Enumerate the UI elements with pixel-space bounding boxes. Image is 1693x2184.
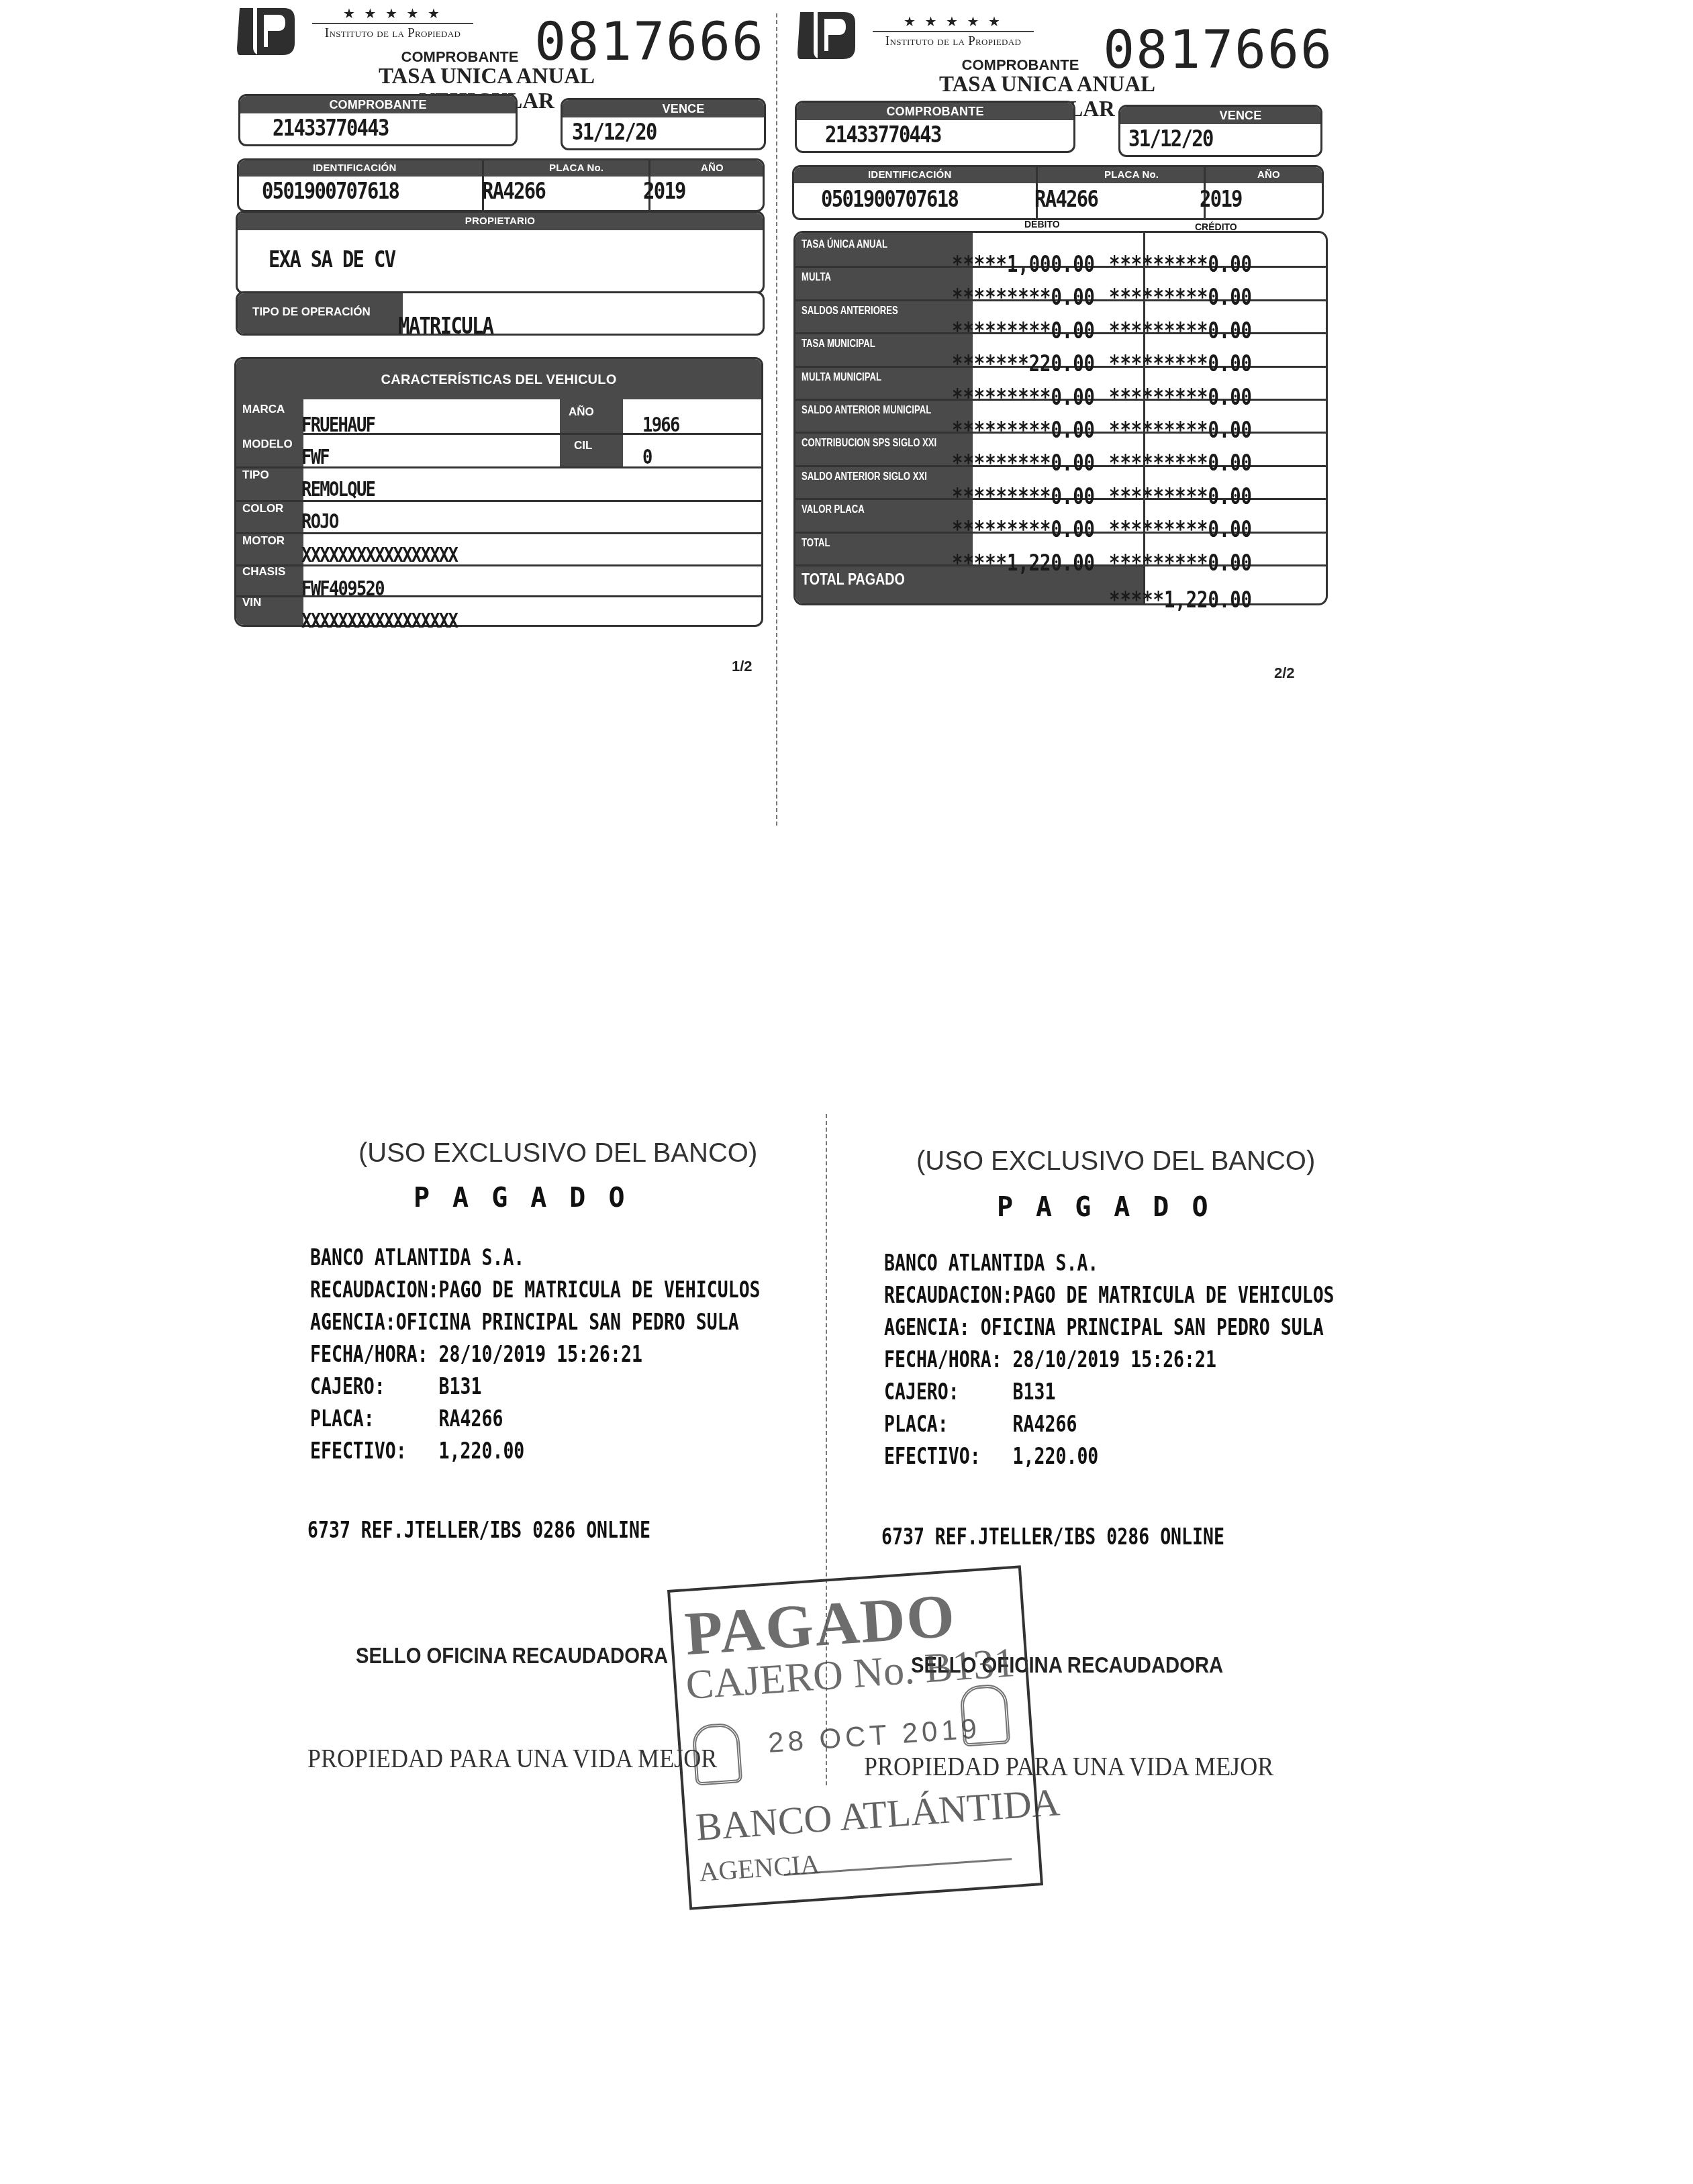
paid-status: PAGADO	[997, 1192, 1231, 1223]
brand-block: ★ ★ ★ ★ ★ Instituto de la Propiedad	[873, 15, 1034, 49]
tipo-operacion-box: TIPO DE OPERACIÓN	[236, 291, 765, 336]
bank-line: RECAUDACION:PAGO DE MATRICULA DE VEHICUL…	[310, 1274, 761, 1306]
paid-status: PAGADO	[414, 1183, 648, 1213]
modelo-label: MODELO	[242, 438, 293, 451]
bank-line: FECHA/HORA: 28/10/2019 15:26:21	[310, 1338, 761, 1371]
bank-line: FECHA/HORA: 28/10/2019 15:26:21	[884, 1344, 1335, 1376]
placa-value: RA4266	[1034, 186, 1098, 213]
sello-label: SELLO OFICINA RECAUDADORA	[356, 1643, 668, 1669]
vence-box: VENCE 31/12/20	[561, 98, 766, 150]
vin-value: XXXXXXXXXXXXXXXXX	[301, 609, 457, 633]
charge-label: CONTRIBUCION SPS SIGLO XXI	[802, 438, 936, 450]
total-pagado-value: *****1,220.00	[1109, 587, 1252, 613]
vin-label: VIN	[242, 596, 261, 609]
bank-line: AGENCIA: OFICINA PRINCIPAL SAN PEDRO SUL…	[884, 1311, 1335, 1344]
bank-reference: 6737 REF.JTELLER/IBS 0286 ONLINE	[307, 1514, 650, 1546]
receipt-charges: ★ ★ ★ ★ ★ Instituto de la Propiedad 0817…	[792, 0, 1329, 685]
charge-credito: *********0.00	[1109, 317, 1252, 344]
charge-credito: *********0.00	[1109, 350, 1252, 377]
marca-value: FRUEHAUF	[301, 413, 375, 437]
page-number: 1/2	[732, 658, 753, 675]
charge-debito: *********0.00	[952, 516, 1095, 543]
bank-line: PLACA: RA4266	[884, 1408, 1335, 1440]
charge-debito: *******220.00	[952, 350, 1095, 377]
placa-value: RA4266	[482, 178, 545, 205]
identification-box: IDENTIFICACIÓN PLACA No. AÑO 05019007076…	[237, 158, 765, 212]
bank-logo-icon	[691, 1722, 742, 1786]
placa-label: PLACA No.	[1104, 167, 1159, 183]
propietario-label: PROPIETARIO	[238, 213, 763, 230]
anio-label: AÑO	[1257, 167, 1280, 183]
propietario-box: PROPIETARIO EXA SA DE CV	[236, 211, 765, 294]
charge-debito: *********0.00	[952, 384, 1095, 411]
bank-line: EFECTIVO: 1,220.00	[884, 1440, 1335, 1473]
bank-line: CAJERO: B131	[310, 1371, 761, 1403]
vence-label: VENCE	[1120, 107, 1320, 124]
tipo-label: TIPO	[242, 468, 269, 482]
comprobante-value: 21433770443	[825, 121, 1036, 148]
bank-line: BANCO ATLANTIDA S.A.	[310, 1242, 761, 1274]
charge-credito: *********0.00	[1109, 550, 1252, 577]
charge-label: TASA ÚNICA ANUAL	[802, 239, 887, 251]
vence-value: 31/12/20	[572, 119, 735, 146]
charge-debito: *********0.00	[952, 450, 1095, 477]
charge-credito: *********0.00	[1109, 483, 1252, 510]
modelo-value: FWF	[301, 446, 329, 469]
paid-stamp: PAGADO CAJERO No. B131 28 OCT 2019 BANCO…	[667, 1565, 1043, 1910]
color-value: ROJO	[301, 510, 338, 534]
tipo-value: REMOLQUE	[301, 478, 375, 501]
brand-name: Instituto de la Propiedad	[873, 34, 1034, 49]
brand-name: Instituto de la Propiedad	[312, 26, 473, 41]
charge-label: VALOR PLACA	[802, 504, 865, 516]
charge-debito: *********0.00	[952, 417, 1095, 444]
brand-block: ★ ★ ★ ★ ★ Instituto de la Propiedad	[312, 7, 473, 41]
chasis-value: FWF409520	[301, 577, 384, 601]
anio-vehiculo-label: AÑO	[569, 405, 594, 419]
anio-label: AÑO	[701, 160, 724, 177]
charge-credito: *********0.00	[1109, 384, 1252, 411]
fold-divider-top	[776, 13, 777, 826]
stamp-bank: BANCO ATLÁNTIDA	[694, 1779, 1061, 1850]
vence-value: 31/12/20	[1128, 126, 1292, 152]
bank-logo-icon	[959, 1683, 1010, 1747]
charge-label: MULTA MUNICIPAL	[802, 372, 881, 384]
caption-comprobante: COMPROBANTE	[393, 48, 527, 66]
chasis-label: CHASIS	[242, 565, 285, 579]
charge-credito: *********0.00	[1109, 417, 1252, 444]
bank-header: (USO EXCLUSIVO DEL BANCO)	[358, 1138, 757, 1169]
total-pagado-label: TOTAL PAGADO	[802, 570, 905, 589]
comprobante-label: COMPROBANTE	[797, 103, 1073, 120]
cil-label: CIL	[574, 439, 592, 452]
charge-label: TASA MUNICIPAL	[802, 338, 875, 350]
charge-debito: *********0.00	[952, 483, 1095, 510]
vence-box: VENCE 31/12/20	[1118, 105, 1322, 157]
charge-label: MULTA	[802, 272, 831, 284]
anio-vehiculo-value: 1966	[642, 413, 679, 437]
debito-header: DÉBITO	[1024, 219, 1060, 230]
tipo-operacion-value: MATRICULA	[398, 313, 493, 340]
color-label: COLOR	[242, 502, 283, 515]
bank-line: AGENCIA:OFICINA PRINCIPAL SAN PEDRO SULA	[310, 1306, 761, 1338]
charge-credito: *********0.00	[1109, 516, 1252, 543]
charge-label: SALDOS ANTERIORES	[802, 305, 898, 317]
identificacion-value: 0501900707618	[262, 178, 399, 205]
slogan: PROPIEDAD PARA UNA VIDA MEJOR	[307, 1742, 717, 1774]
bank-line: RECAUDACION:PAGO DE MATRICULA DE VEHICUL…	[884, 1279, 1335, 1311]
receipt-vehicle-info: ★ ★ ★ ★ ★ Instituto de la Propiedad 0817…	[232, 0, 769, 685]
stars-icon: ★ ★ ★ ★ ★	[873, 15, 1034, 30]
comprobante-label: COMPROBANTE	[240, 96, 516, 113]
stars-icon: ★ ★ ★ ★ ★	[312, 7, 473, 21]
propietario-value: EXA SA DE CV	[269, 246, 689, 273]
comprobante-box: COMPROBANTE 21433770443	[238, 94, 518, 146]
identificacion-value: 0501900707618	[821, 186, 958, 213]
vence-label: VENCE	[563, 100, 764, 117]
stamp-agencia: AGENCIA	[698, 1848, 821, 1887]
charge-debito: *****1,000.00	[952, 251, 1095, 278]
identification-box: IDENTIFICACIÓN PLACA No. AÑO 05019007076…	[792, 165, 1324, 220]
cil-value: 0	[642, 446, 652, 469]
tipo-operacion-label: TIPO DE OPERACIÓN	[252, 305, 371, 319]
motor-label: MOTOR	[242, 534, 285, 548]
placa-label: PLACA No.	[549, 160, 603, 177]
charge-debito: *********0.00	[952, 317, 1095, 344]
charge-label: TOTAL	[802, 538, 830, 550]
anio-value: 2019	[1200, 186, 1242, 213]
serial-number: 0817666	[1103, 20, 1333, 81]
marca-label: MARCA	[242, 403, 285, 416]
serial-number: 0817666	[534, 12, 765, 72]
comprobante-value: 21433770443	[273, 115, 479, 142]
bank-line: BANCO ATLANTIDA S.A.	[884, 1247, 1335, 1279]
comprobante-box: COMPROBANTE 21433770443	[795, 101, 1075, 153]
identificacion-label: IDENTIFICACIÓN	[313, 160, 396, 177]
motor-value: XXXXXXXXXXXXXXXXX	[301, 544, 457, 567]
bank-line: PLACA: RA4266	[310, 1403, 761, 1435]
charge-label: SALDO ANTERIOR MUNICIPAL	[802, 405, 931, 417]
caracteristicas-title: CARACTERÍSTICAS DEL VEHICULO	[236, 359, 761, 399]
charge-debito: *****1,220.00	[952, 550, 1095, 577]
charge-credito: *********0.00	[1109, 284, 1252, 311]
anio-value: 2019	[643, 178, 685, 205]
charge-credito: *********0.00	[1109, 450, 1252, 477]
charge-label: SALDO ANTERIOR SIGLO XXI	[802, 471, 927, 483]
instituto-logo-icon	[237, 5, 296, 58]
bank-header: (USO EXCLUSIVO DEL BANCO)	[916, 1146, 1315, 1177]
charge-credito: *********0.00	[1109, 251, 1252, 278]
bank-reference: 6737 REF.JTELLER/IBS 0286 ONLINE	[881, 1521, 1224, 1553]
instituto-logo-icon	[797, 9, 857, 62]
caption-comprobante: COMPROBANTE	[953, 56, 1087, 74]
charge-debito: *********0.00	[952, 284, 1095, 311]
page-number: 2/2	[1274, 664, 1295, 682]
stamp-date: 28 OCT 2019	[767, 1712, 982, 1759]
identificacion-label: IDENTIFICACIÓN	[868, 167, 951, 183]
bank-line: EFECTIVO: 1,220.00	[310, 1435, 761, 1467]
bank-line: CAJERO: B131	[884, 1376, 1335, 1408]
